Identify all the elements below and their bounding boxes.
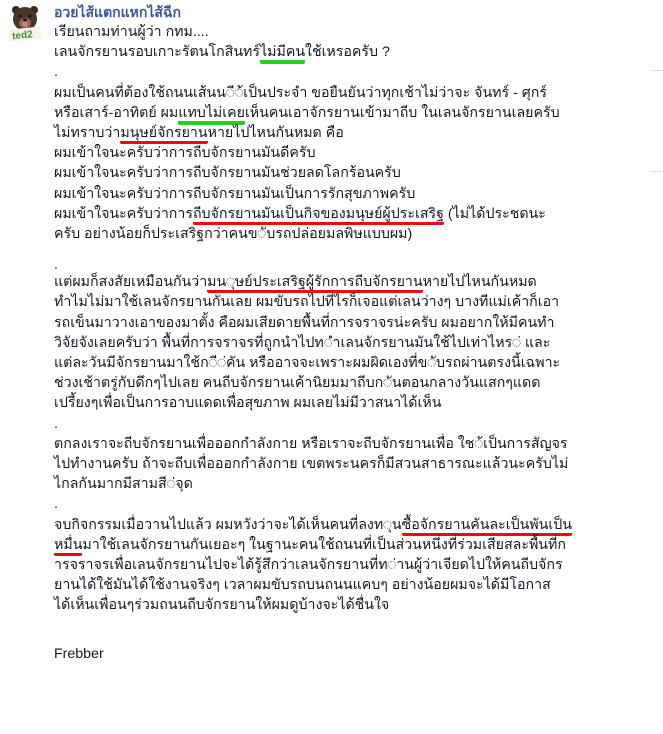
text-line: ไกลกันมากมีสามสี◌่จุด — [54, 474, 654, 494]
text-segment: ไม่ทราบว่า — [54, 125, 120, 141]
post-body: เรียนถามท่านผู้ว่า กทม.... เลนจักรยานรอบ… — [54, 22, 654, 664]
avatar[interactable]: ted2 — [7, 4, 43, 42]
text-segment: หรือเสาร์-อาทิตย์ ผม — [54, 105, 178, 121]
svg-text:ted2: ted2 — [12, 29, 34, 42]
signature: Frebber — [54, 644, 654, 664]
text-line: เรียนถามท่านผู้ว่า กทม.... — [54, 22, 654, 42]
text-line: ารจราจรเพื่อเลนจักรยานไปจะได้รู้สึกว่าเล… — [54, 555, 654, 575]
text-line: แต่ละวันมีจักรยานมาใช้ก◌ี◌่คัน หรืออาจจะ… — [54, 353, 654, 373]
text-segment: หายไปไหนกันหมด คือ — [208, 125, 344, 141]
red-highlight: หมื่น — [54, 537, 82, 556]
text-segment: เห็นคนเอาจักรยานเข้ามาถีบ ในเลนจักรยานเล… — [245, 105, 560, 121]
red-highlight: มน◌ุษย์ประเสริฐผู้รักการถีบจักรยาน — [207, 274, 422, 293]
text-line: วิจัยจังเลยครับว่า พื้นที่การจราจรที่ถูก… — [54, 333, 654, 353]
red-highlight: มนุษย์จักรยาน — [120, 125, 207, 144]
text-segment: หายไปไหนกันหมด — [423, 274, 537, 290]
text-line: ไม่ทราบว่ามนุษย์จักรยานหายไปไหนกันหมด คื… — [54, 123, 654, 143]
dot-separator: . — [54, 494, 654, 514]
green-highlight: แทบไม่เคย — [178, 105, 245, 125]
text-line: ทำไมไม่มาใช้เลนจักรยานกันเลย ผมขับรถไปที… — [54, 292, 654, 312]
text-segment: ใช้เหรอครับ ? — [305, 44, 390, 60]
text-line: เลนจักรยานรอบเกาะรัตนโกสินทร์ไม่มีคนใช้เ… — [54, 42, 654, 62]
text-line: ตกลงเราจะถีบจักรยานเพื่อออกกำลังกาย หรือ… — [54, 434, 654, 454]
text-line: ได้เห็นเพื่อนๆร่วมถนนถีบจักรยานให้ผมดูบ้… — [54, 595, 654, 615]
avatar-bear-icon: ted2 — [7, 4, 43, 42]
green-highlight: ไม่มีคน — [260, 44, 305, 64]
text-line: หมื่นมาใช้เลนจักรยานกันเยอะๆ ในฐานะคนใช้… — [54, 535, 654, 555]
dot-separator: . — [54, 258, 654, 272]
text-line: รถเข็นมาวางเอาของมาตั้ง คือผมเสียดายพื้น… — [54, 313, 654, 333]
red-highlight: ซื้อจักรยานคันละเป็นพันเป็น — [402, 517, 572, 536]
text-segment: จบกิจกรรมเมื่อวานไปแล้ว ผมหวังว่าจะได้เห… — [54, 517, 402, 533]
red-highlight: ถีบจักรยานมันเป็นกิจของมนุษย์ผู้ประเสริฐ — [193, 206, 444, 225]
text-segment: ผมเข้าใจนะครับว่าการ — [54, 206, 193, 222]
text-segment: เลนจักรยานรอบเกาะรัตนโกสินทร์ — [54, 44, 260, 60]
dot-separator: . — [54, 414, 654, 434]
text-segment: (ไม่ได้ประชดนะ — [444, 206, 546, 222]
text-line: ไปทำงานครับ ถ้าจะถีบเพื่อออกกำลังกาย เขต… — [54, 454, 654, 474]
author-name-link[interactable]: อวยไส้แตกแหกไส้ฉีก — [54, 2, 181, 22]
text-line: ผมเข้าใจนะครับว่าการถีบจักรยานมันเป็นการ… — [54, 184, 654, 204]
spacer — [54, 615, 654, 635]
text-line: ผมเป็นคนที่ต้องใช้ถนนเส้นน◌ี◌้เป็นประจำ … — [54, 83, 654, 103]
text-line: ผมเข้าใจนะครับว่าการถีบจักรยานมันช่วยลดโ… — [54, 163, 654, 183]
post: ted2 อวยไส้แตกแหกไส้ฉีก เรียนถามท่านผู้ว… — [0, 0, 663, 734]
text-line: จบกิจกรรมเมื่อวานไปแล้ว ผมหวังว่าจะได้เห… — [54, 515, 654, 535]
dot-separator: . — [54, 62, 654, 82]
text-line: ผมเข้าใจนะครับว่าการถีบจักรยานมันเป็นกิจ… — [54, 204, 654, 224]
text-line: แต่ผมก็สงสัยเหมือนกันว่ามน◌ุษย์ประเสริฐผ… — [54, 272, 654, 292]
text-line: ผมเข้าใจนะครับว่าการถีบจักรยานมันดีครับ — [54, 143, 654, 163]
text-line: เปรี้ยงๆเพื่อเป็นการอาบแดดเพื่อสุขภาพ ผม… — [54, 393, 654, 413]
text-line: ช่วงเช้าตรู่กับดึกๆไปเลย คนถีบจักรยานเค้… — [54, 373, 654, 393]
text-line: ครับ อย่างน้อยก็ประเสริฐกว่าคนข◌ับรถปล่อ… — [54, 224, 654, 244]
text-line: ยานได้ใช้มันได้ใช้งานจริงๆ เวลาผมขับรถบน… — [54, 575, 654, 595]
text-segment: มาใช้เลนจักรยานกันเยอะๆ ในฐานะคนใช้ถนนที… — [82, 537, 566, 553]
text-line: หรือเสาร์-อาทิตย์ ผมแทบไม่เคยเห็นคนเอาจั… — [54, 103, 654, 123]
text-segment: แต่ผมก็สงสัยเหมือนกันว่า — [54, 274, 207, 290]
